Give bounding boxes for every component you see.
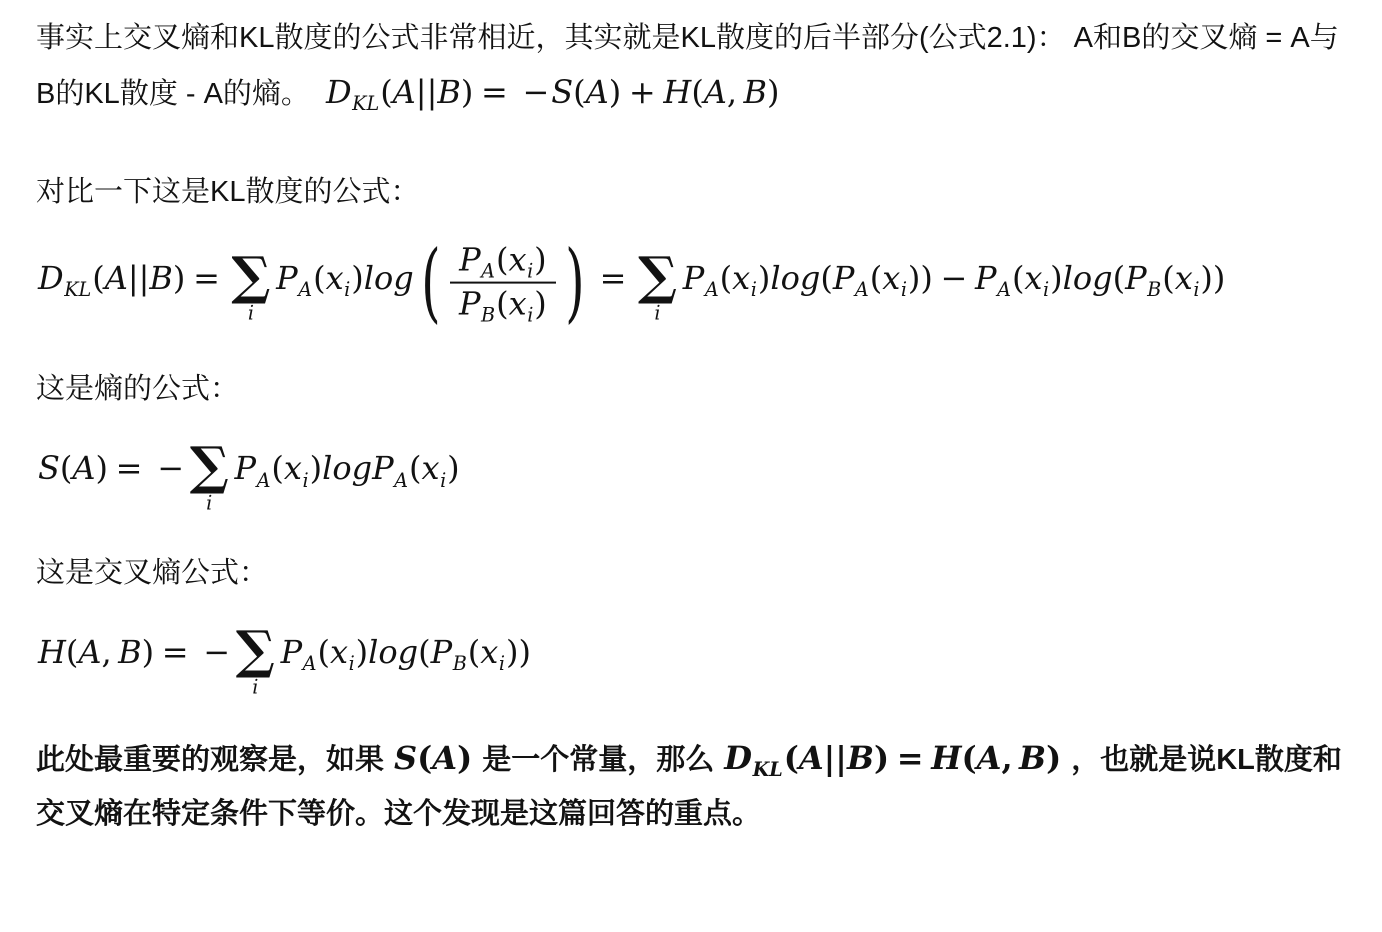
math-token: A [72,449,95,487]
math-token: A [586,73,609,111]
math-subscripted-var: PB [431,633,468,671]
math-subscripted-var: PB [1125,259,1162,297]
math-token: ( [92,259,104,297]
math-token: ( [417,739,432,777]
math-subscripted-var: PB [459,284,496,322]
math-token: H [663,73,691,111]
math-token: = [481,73,508,111]
math-token: log [770,259,820,297]
math-token: ) [457,739,472,777]
conclusion-text-mid: 是一个常量，那么 [482,744,714,776]
paren-inner: PA(xi)PB(xi) [447,240,558,325]
math-token: P [372,449,394,487]
math-token: D [326,73,352,111]
math-token: P [833,259,855,297]
math-token: H [38,633,66,671]
fraction-denominator: PB(xi) [450,281,556,325]
math-subscripted-var: PA [833,259,870,297]
math-token: ) [767,73,779,111]
math-token: ( [820,259,832,297]
math-subscript: A [855,278,869,301]
math-subscript: A [997,278,1011,301]
sigma-symbol: ∑ [236,625,275,674]
math-token: ( [962,739,977,777]
math-token: ( [1162,259,1174,297]
math-subscript: B [1147,278,1161,301]
math-token: ( [409,449,421,487]
math-token: − [523,73,550,111]
math-token: P [235,449,257,487]
math-token: A [977,739,1002,777]
math-token: A [78,633,101,671]
math-token: x [421,449,439,487]
math-subscript: A [303,652,317,675]
math-subscript: i [527,260,533,283]
math-token: ) [96,449,108,487]
math-token: P [431,633,453,671]
math-token: D [724,739,752,777]
summation-index: i [252,677,258,696]
math-subscripted-var: PA [459,241,496,279]
math-subscripted-var: xi [480,633,506,671]
math-token: A [704,73,727,111]
math-token: ) [310,449,322,487]
math-token: ( [573,73,585,111]
math-summation: ∑i [236,625,275,696]
math-subscript: KL [352,92,379,115]
math-paren-group: (PA(xi)PB(xi)) [414,240,592,325]
math-token: || [416,73,438,111]
math-subscript: i [1043,278,1049,301]
sigma-symbol: ∑ [638,251,677,300]
math-subscripted-var: PA [975,259,1012,297]
math-token: A [799,739,824,777]
math-token: ( [496,284,508,322]
math-token: , [727,73,744,111]
math-subscript: KL [64,278,91,301]
math-token: x [1175,259,1193,297]
math-subscript: i [751,278,757,301]
math-subscript: i [901,278,907,301]
math-token: ) [1046,739,1061,777]
math-subscript: i [344,278,350,301]
formula-crossentropy: H(A, B)=−∑iPA(xi)log(PB(xi)) [38,619,1346,690]
math-token: P [459,284,481,322]
math-token: S [394,739,417,777]
math-token: ) [1200,259,1212,297]
math-token: x [509,284,527,322]
math-token: ( [271,449,283,487]
math-subscript: i [527,304,533,327]
math-subscripted-var: xi [326,259,352,297]
math-token: , [1001,739,1019,777]
math-summation: ∑i [190,442,229,513]
math-token: A [105,259,128,297]
math-token: ( [691,73,703,111]
math-token: B [437,73,461,111]
math-token: ) [447,449,459,487]
math-subscripted-var: PA [276,259,313,297]
math-token: = [116,449,143,487]
math-subscripted-var: PA [281,633,318,671]
math-subscript: A [394,469,408,492]
math-token: ( [720,259,732,297]
math-summation: ∑i [638,251,677,322]
math-token: x [330,633,348,671]
math-token: − [941,259,968,297]
paragraph-conclusion: 此处最重要的观察是，如果S(A)是一个常量，那么DKL(A||B)=H(A, B… [36,730,1346,840]
math-token: ) [142,633,154,671]
math-token: ) [173,259,185,297]
math-token: ) [758,259,770,297]
summation-index: i [206,494,212,513]
math-token: P [459,241,481,279]
math-token: x [1024,259,1042,297]
math-token: || [824,739,847,777]
formula-kl-equals-h-inline: DKL(A||B)=H(A, B) [724,739,1061,777]
math-subscripted-var: xi [284,449,310,487]
math-token: B [149,259,173,297]
math-token: ) [874,739,889,777]
math-token: log [322,449,372,487]
math-token: D [38,259,64,297]
math-token: ) [609,73,621,111]
formula-s-of-a-inline: S(A) [394,739,472,777]
math-subscripted-var: PA [235,449,272,487]
math-subscripted-var: xi [330,633,356,671]
math-token: ( [468,633,480,671]
math-token: ) [356,633,368,671]
math-token: − [157,449,184,487]
math-subscripted-var: xi [509,284,535,322]
math-token: ( [870,259,882,297]
math-token: ) [351,259,363,297]
article-content: 事实上交叉熵和KL散度的公式非常相近，其实就是KL散度的后半部分(公式2.1)：… [0,0,1382,840]
math-subscripted-var: xi [732,259,758,297]
math-subscripted-var: PA [683,259,720,297]
paragraph-kl-label: 对比一下这是KL散度的公式： [36,166,1346,218]
math-token: ( [496,241,508,279]
math-subscript: A [257,469,271,492]
math-subscript: i [1193,278,1199,301]
fraction-numerator: PA(xi) [450,240,556,282]
math-token: ( [1113,259,1125,297]
math-token: P [975,259,997,297]
math-token: x [326,259,344,297]
summation-index: i [654,303,660,322]
math-subscript: i [349,652,355,675]
math-token: ) [518,633,530,671]
math-subscripted-var: xi [508,241,534,279]
math-subscripted-var: PA [372,449,409,487]
math-subscripted-var: DKL [326,73,380,111]
math-token: B [847,739,874,777]
math-summation: ∑i [231,251,270,322]
math-token: ( [313,259,325,297]
math-subscripted-var: xi [1024,259,1050,297]
summation-index: i [248,303,254,322]
math-subscripted-var: xi [1175,259,1201,297]
math-token: S [38,449,60,487]
math-token: ( [784,739,799,777]
math-subscripted-var: xi [421,449,447,487]
math-token: ) [461,73,473,111]
math-token: log [1063,259,1113,297]
math-token: = [193,259,220,297]
math-token: B [1019,739,1046,777]
math-token: A [432,739,457,777]
math-fraction: PA(xi)PB(xi) [450,240,556,325]
math-subscript: i [499,652,505,675]
math-token: ) [1213,259,1225,297]
paragraph-crossentropy-label: 这是交叉熵公式： [36,547,1346,599]
math-token: B [118,633,142,671]
math-subscript: A [705,278,719,301]
math-token: B [743,73,767,111]
math-token: ) [1050,259,1062,297]
math-token: ) [920,259,932,297]
math-subscripted-var: xi [882,259,908,297]
math-token: || [128,259,150,297]
math-token: P [1125,259,1147,297]
conclusion-text-before: 此处最重要的观察是，如果 [36,744,384,776]
formula-kl-identity-inline: DKL(A||B)=−S(A)+H(A, B) [326,73,780,111]
math-token: P [276,259,298,297]
math-token: ( [1012,259,1024,297]
math-token: ( [317,633,329,671]
math-token: = [162,633,189,671]
math-subscript: KL [753,758,783,781]
math-token: ( [418,633,430,671]
math-token: log [364,259,414,297]
math-token: P [281,633,303,671]
paragraph-entropy-label: 这是熵的公式： [36,363,1346,415]
sigma-symbol: ∑ [190,442,229,491]
math-token: x [284,449,302,487]
math-token: x [508,241,526,279]
math-token: , [102,633,119,671]
math-subscript: A [298,278,312,301]
math-subscripted-var: DKL [724,739,783,777]
math-token: + [629,73,656,111]
sigma-symbol: ∑ [231,251,270,300]
math-subscript: i [440,469,446,492]
math-token: − [203,633,230,671]
math-subscript: A [481,260,495,283]
math-token: ) [908,259,920,297]
math-subscript: B [453,652,467,675]
math-token: log [368,633,418,671]
math-token: A [393,73,416,111]
math-subscript: i [303,469,309,492]
math-token: ) [506,633,518,671]
math-token: x [480,633,498,671]
paragraph-intro: 事实上交叉熵和KL散度的公式非常相近，其实就是KL散度的后半部分(公式2.1)：… [36,12,1346,122]
math-token: ) [534,284,546,322]
math-token: H [931,739,961,777]
math-token: = [897,739,924,777]
math-token: ( [380,73,392,111]
math-subscripted-var: DKL [38,259,92,297]
math-token: x [732,259,750,297]
formula-entropy: S(A)=−∑iPA(xi)logPA(xi) [38,435,1346,506]
math-token: ( [60,449,72,487]
math-token: x [882,259,900,297]
math-token: ( [66,633,78,671]
math-subscript: B [481,304,495,327]
math-token: S [551,73,573,111]
math-token: ) [534,241,546,279]
formula-kl-divergence: DKL(A||B)=∑iPA(xi)log(PA(xi)PB(xi))=∑iPA… [38,238,1346,323]
math-token: P [683,259,705,297]
math-token: = [600,259,627,297]
